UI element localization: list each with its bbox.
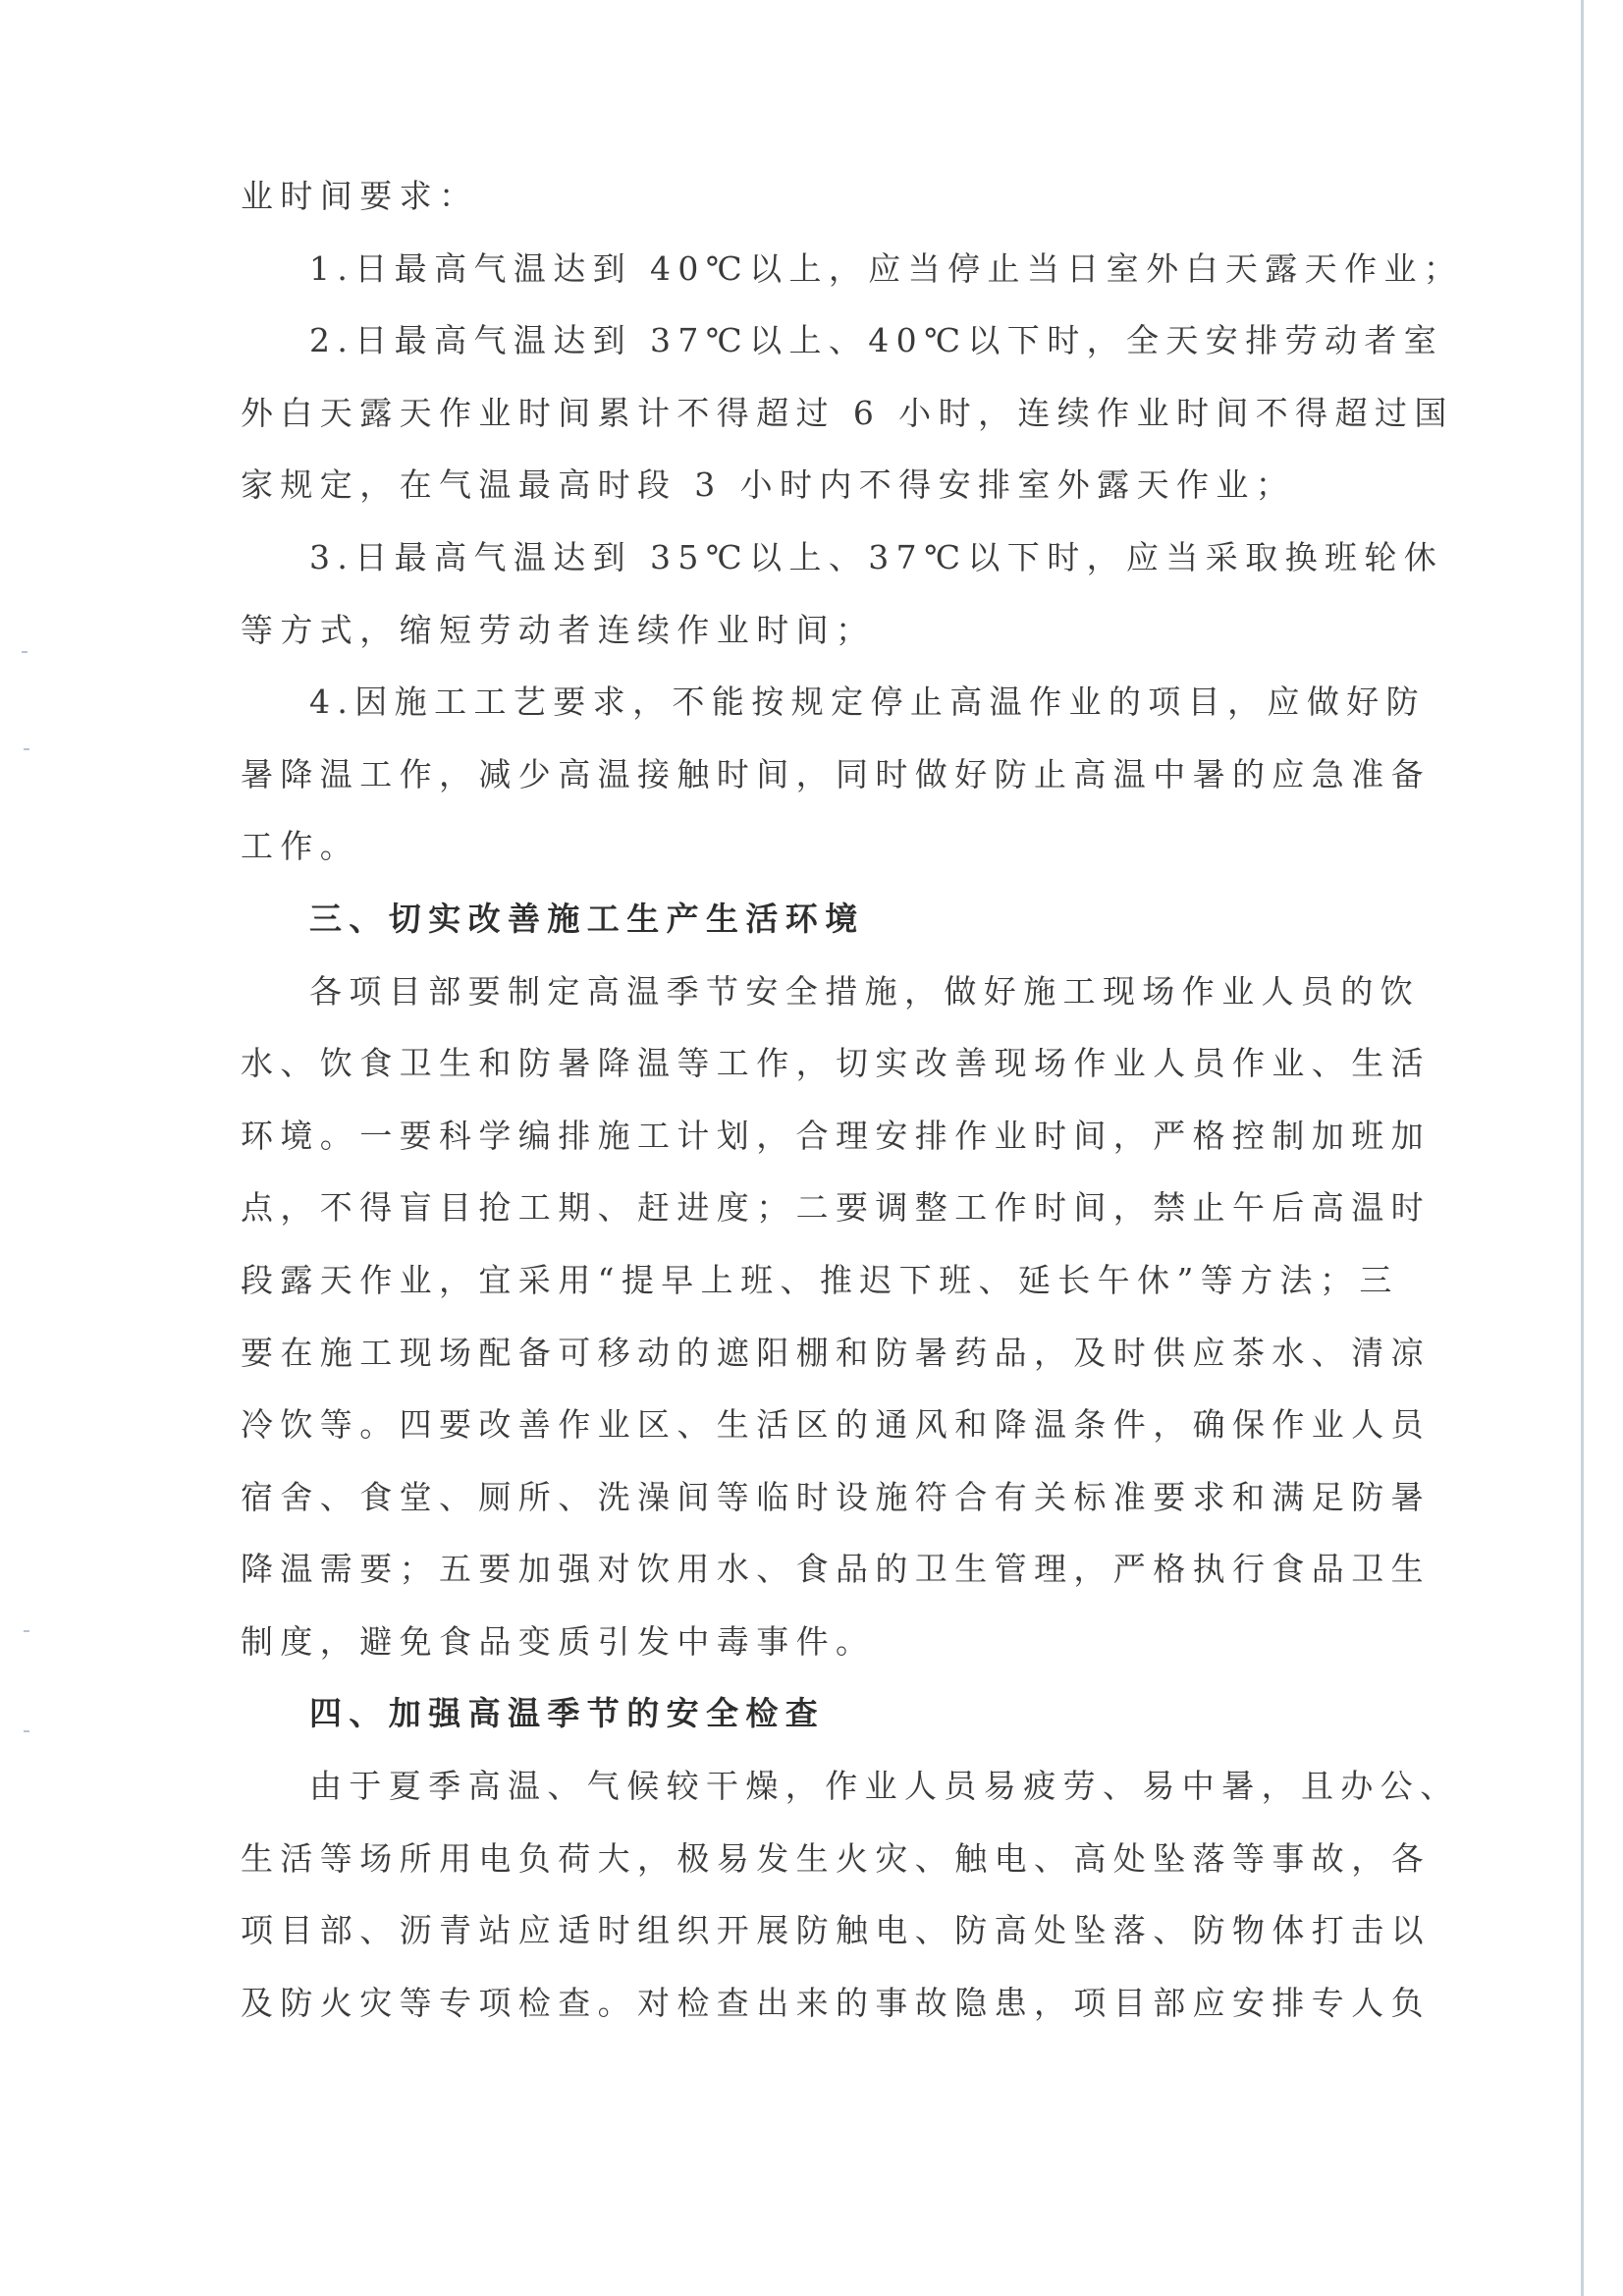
scan-edge-line bbox=[1581, 0, 1584, 2296]
section-heading-3: 三、切实改善施工生产生活环境 bbox=[241, 883, 1340, 956]
list-item-1: 1.日最高气温达到 40℃以上，应当停止当日室外白天露天作业； bbox=[241, 233, 1340, 305]
paragraph-start: 由于夏季高温、气候较干燥，作业人员易疲劳、易中暑，且办公、 bbox=[241, 1750, 1340, 1823]
body-line: 外白天露天作业时间累计不得超过 6 小时，连续作业时间不得超过国 bbox=[241, 377, 1340, 450]
list-item-3: 3.日最高气温达到 35℃以上、37℃以下时，应当采取换班轮休 bbox=[241, 521, 1340, 594]
body-line: 生活等场所用电负荷大，极易发生火灾、触电、高处坠落等事故，各 bbox=[241, 1823, 1340, 1895]
list-item-2: 2.日最高气温达到 37℃以上、40℃以下时，全天安排劳动者室 bbox=[241, 304, 1340, 377]
body-line: 等方式，缩短劳动者连续作业时间； bbox=[241, 594, 1340, 667]
body-line: 工作。 bbox=[241, 810, 1340, 883]
body-line: 点，不得盲目抢工期、赶进度；二要调整工作时间，禁止午后高温时 bbox=[241, 1172, 1340, 1244]
body-line: 项目部、沥青站应适时组织开展防触电、防高处坠落、防物体打击以 bbox=[241, 1894, 1340, 1967]
body-line: 降温需要；五要加强对饮用水、食品的卫生管理，严格执行食品卫生 bbox=[241, 1533, 1340, 1606]
body-line: 暑降温工作，减少高温接触时间，同时做好防止高温中暑的应急准备 bbox=[241, 738, 1340, 811]
scan-speck bbox=[24, 748, 29, 750]
body-line: 环境。一要科学编排施工计划，合理安排作业时间，严格控制加班加 bbox=[241, 1100, 1340, 1173]
section-heading-4: 四、加强高温季节的安全检查 bbox=[241, 1677, 1340, 1750]
body-line: 冷饮等。四要改善作业区、生活区的通风和降温条件，确保作业人员 bbox=[241, 1389, 1340, 1461]
body-line: 要在施工现场配备可移动的遮阳棚和防暑药品，及时供应茶水、清凉 bbox=[241, 1317, 1340, 1390]
body-line: 业时间要求： bbox=[241, 160, 1340, 233]
body-line: 及防火灾等专项检查。对检查出来的事故隐患，项目部应安排专人负 bbox=[241, 1967, 1340, 2040]
body-line: 水、饮食卫生和防暑降温等工作，切实改善现场作业人员作业、生活 bbox=[241, 1027, 1340, 1100]
scan-speck bbox=[22, 651, 27, 653]
body-line: 段露天作业，宜采用“提早上班、推迟下班、延长午休”等方法；三 bbox=[241, 1244, 1340, 1317]
body-line: 家规定，在气温最高时段 3 小时内不得安排室外露天作业； bbox=[241, 449, 1340, 521]
list-item-4: 4.因施工工艺要求，不能按规定停止高温作业的项目，应做好防 bbox=[241, 666, 1340, 738]
paragraph-start: 各项目部要制定高温季节安全措施，做好施工现场作业人员的饮 bbox=[241, 956, 1340, 1028]
document-page: 业时间要求： 1.日最高气温达到 40℃以上，应当停止当日室外白天露天作业； 2… bbox=[241, 160, 1340, 2039]
scan-speck bbox=[24, 1730, 29, 1732]
scan-speck bbox=[24, 1630, 29, 1632]
body-line: 宿舍、食堂、厕所、洗澡间等临时设施符合有关标准要求和满足防暑 bbox=[241, 1461, 1340, 1534]
body-line: 制度，避免食品变质引发中毒事件。 bbox=[241, 1606, 1340, 1678]
